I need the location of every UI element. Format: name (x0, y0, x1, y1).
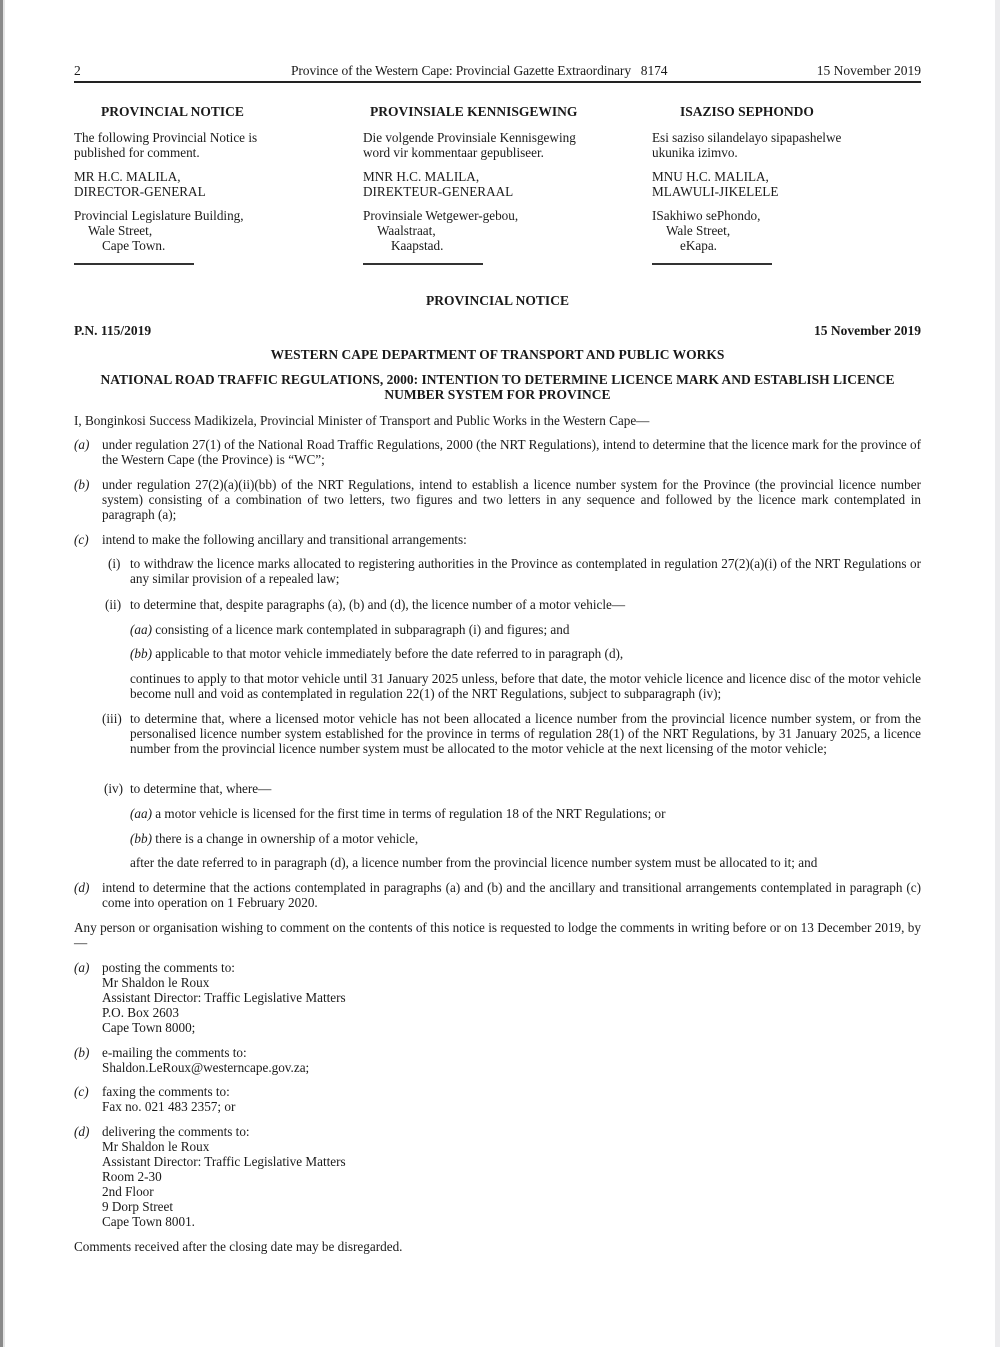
page-number: 2 (74, 63, 81, 79)
column-afrikaans: PROVINSIALE KENNISGEWING Die volgende Pr… (363, 104, 643, 265)
item-iv-aa: (aa) a motor vehicle is licensed for the… (130, 806, 921, 821)
column-intro: Die volgende Provinsiale Kennisgewing wo… (363, 130, 603, 160)
page-edge-left-shadow (3, 0, 5, 1347)
notice-number: P.N. 115/2019 (74, 323, 151, 338)
item-ii-continuation: continues to apply to that motor vehicle… (130, 671, 921, 701)
column-signatory: MNR H.C. MALILA, DIREKTEUR-GENERAAL (363, 169, 643, 199)
column-heading: ISAZISO SEPHONDO (652, 104, 932, 120)
header-rule (74, 81, 921, 83)
item-ii-bb: (bb) applicable to that motor vehicle im… (130, 646, 921, 661)
column-signatory: MR H.C. MALILA, DIRECTOR-GENERAL (74, 169, 354, 199)
email-link[interactable]: Shaldon.LeRoux@westerncape.gov.za; (102, 1060, 921, 1075)
comment-invitation: Any person or organisation wishing to co… (74, 920, 921, 950)
column-divider (363, 263, 483, 265)
column-address: ISakhiwo sePhondo, Wale Street, eKapa. (652, 208, 932, 253)
preamble: I, Bonginkosi Success Madikizela, Provin… (74, 413, 921, 428)
column-heading: PROVINCIAL NOTICE (74, 104, 354, 120)
column-heading: PROVINSIALE KENNISGEWING (363, 104, 643, 120)
notice-heading: PROVINCIAL NOTICE (74, 293, 921, 309)
item-iv-continuation: after the date referred to in paragraph … (130, 855, 921, 870)
page-edge-right (995, 0, 1000, 1347)
column-intro: Esi saziso silandelayo sipapashelwe ukun… (652, 130, 867, 160)
publication-title: Province of the Western Cape: Provincial… (291, 63, 667, 79)
notice-number-row: P.N. 115/2019 15 November 2019 (74, 323, 921, 339)
notice-title: NATIONAL ROAD TRAFFIC REGULATIONS, 2000:… (74, 372, 921, 402)
column-signatory: MNU H.C. MALILA, MLAWULI-JIKELELE (652, 169, 932, 199)
column-english: PROVINCIAL NOTICE The following Provinci… (74, 104, 354, 265)
column-intro: The following Provincial Notice is publi… (74, 130, 289, 160)
column-xhosa: ISAZISO SEPHONDO Esi saziso silandelayo … (652, 104, 932, 265)
column-divider (652, 263, 772, 265)
column-address: Provincial Legislature Building, Wale St… (74, 208, 354, 253)
department-heading: WESTERN CAPE DEPARTMENT OF TRANSPORT AND… (74, 347, 921, 363)
closing-note: Comments received after the closing date… (74, 1239, 921, 1254)
item-ii-aa: (aa) consisting of a licence mark contem… (130, 622, 921, 637)
column-address: Provinsiale Wetgewer-gebou, Waalstraat, … (363, 208, 643, 253)
notice-date: 15 November 2019 (814, 323, 921, 339)
header-date: 15 November 2019 (817, 63, 921, 79)
column-divider (74, 263, 194, 265)
running-header: 2 Province of the Western Cape: Provinci… (74, 63, 921, 81)
item-iv-bb: (bb) there is a change in ownership of a… (130, 831, 921, 846)
